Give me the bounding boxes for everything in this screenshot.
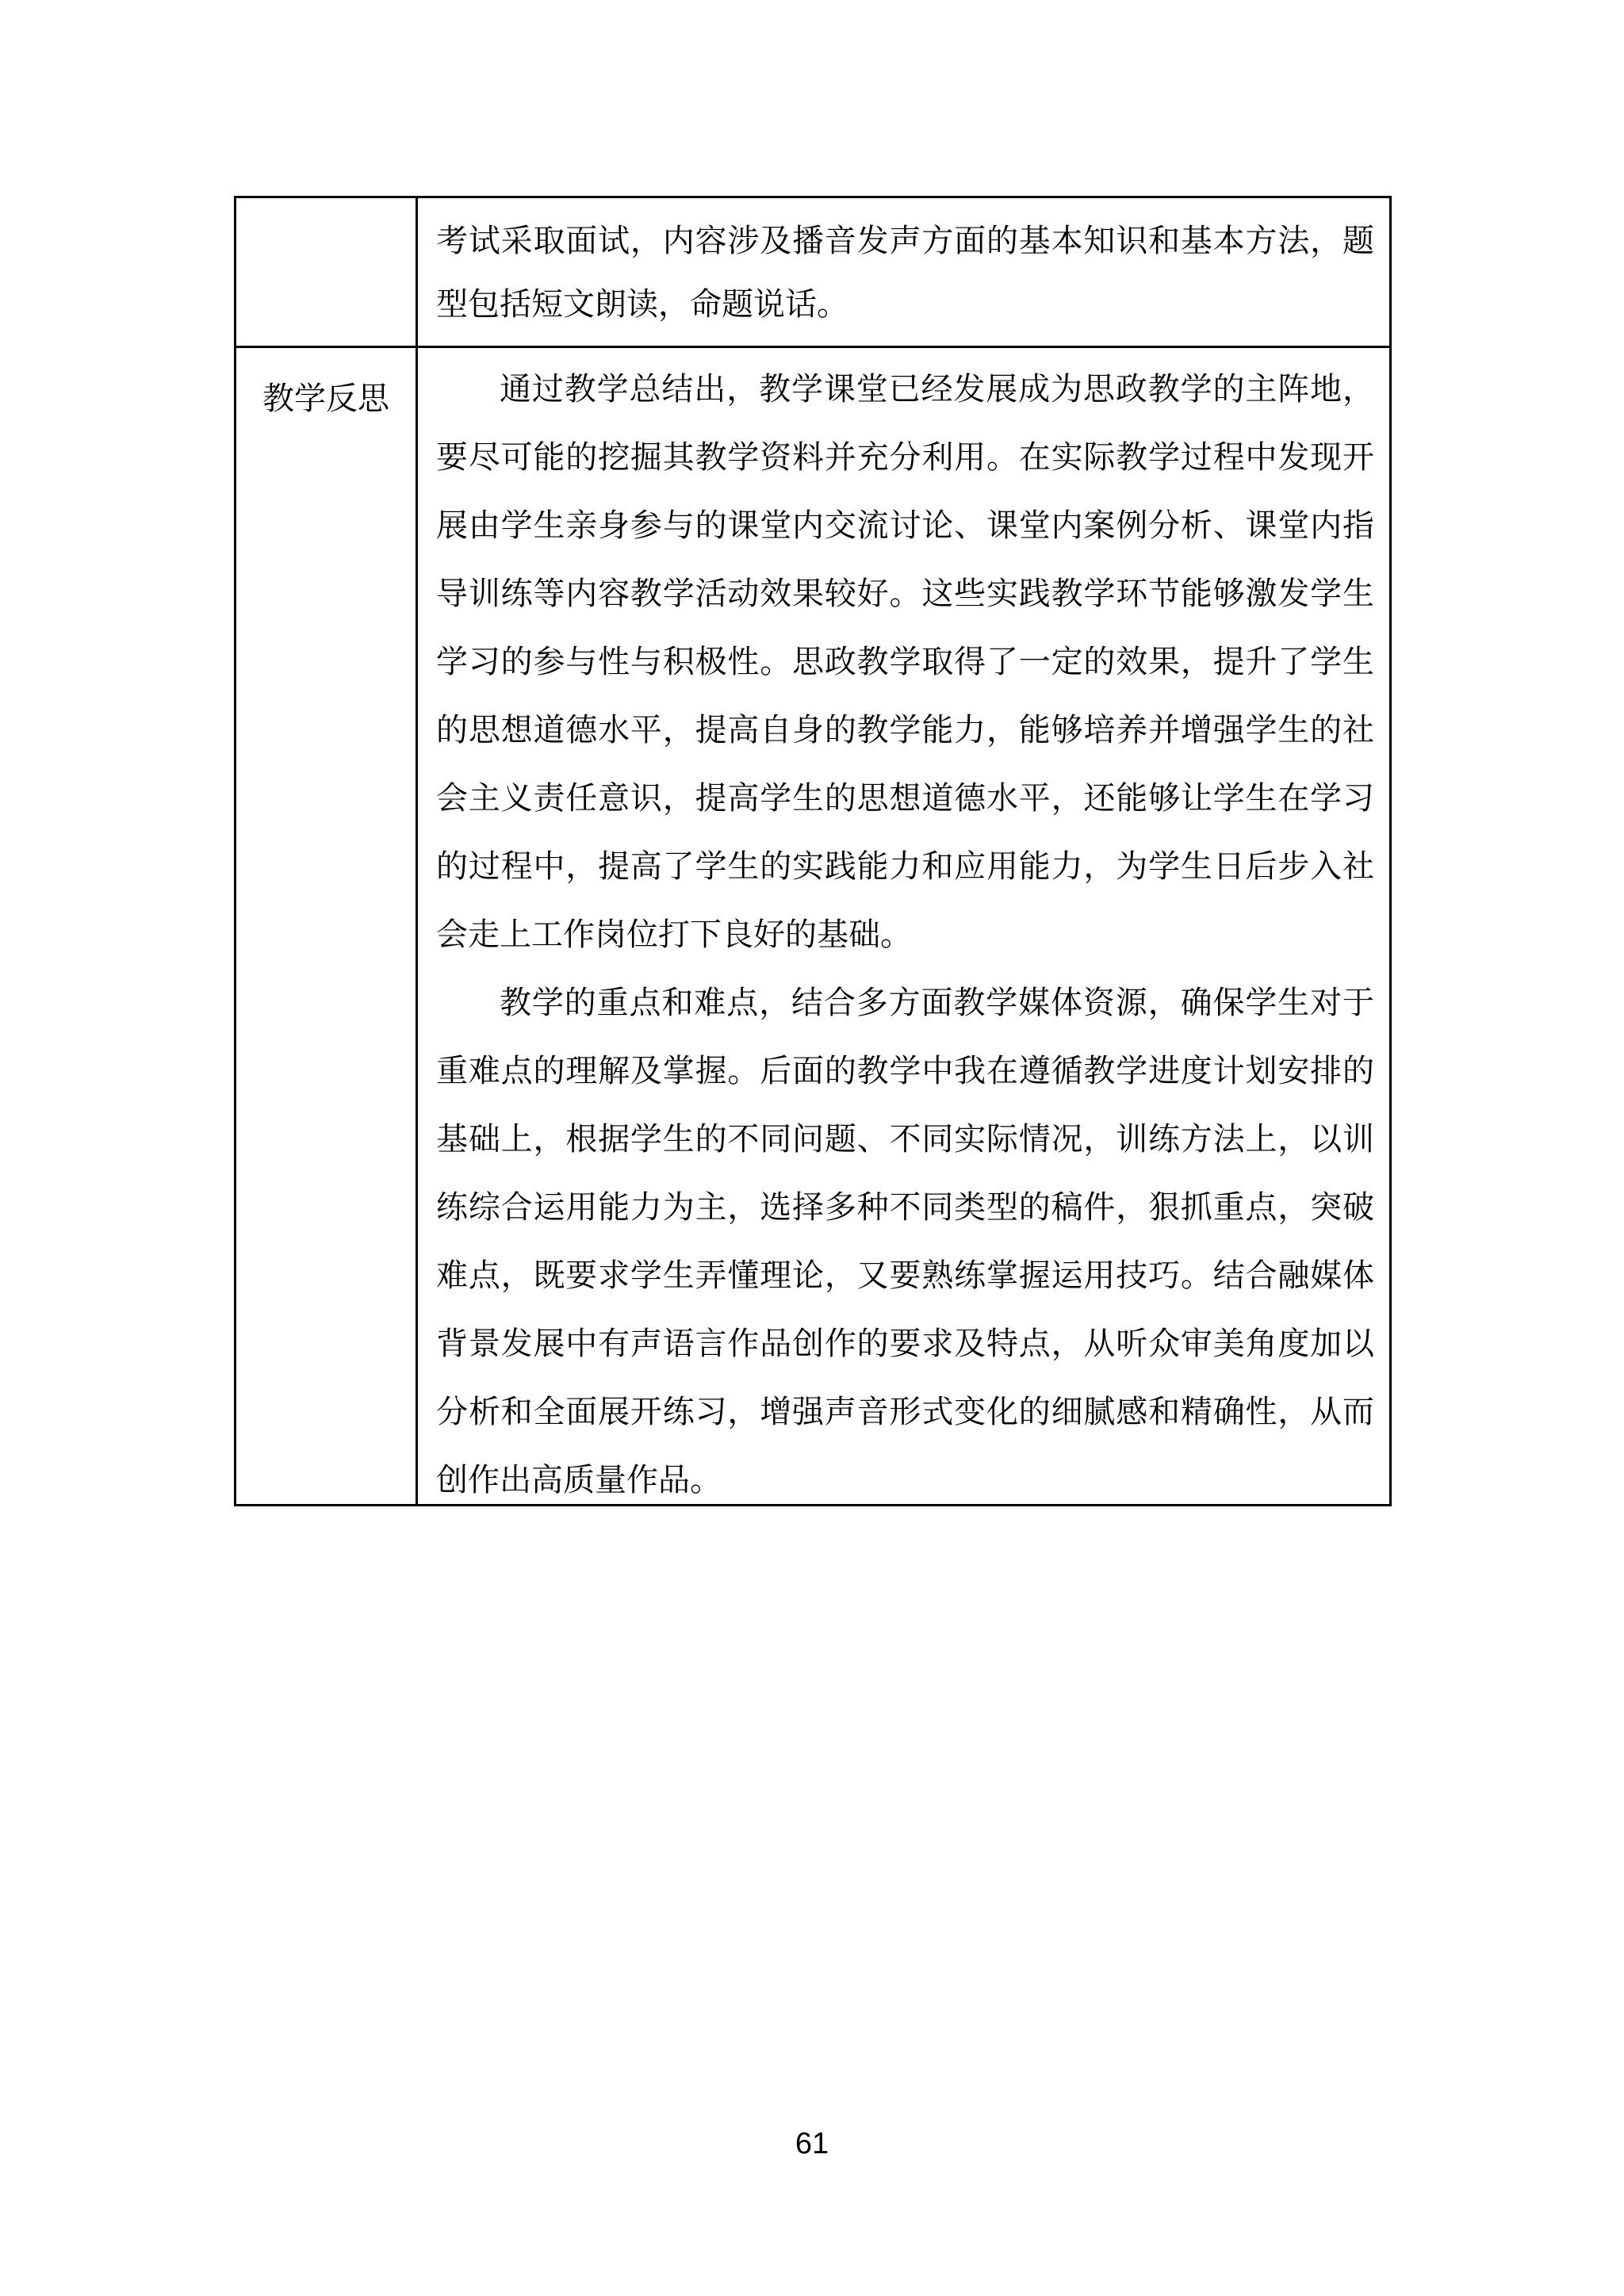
text-line: 展由学生亲身参与的课堂内交流讨论、课堂内案例分析、课堂内指 bbox=[436, 492, 1374, 560]
text-line: 型包括短文朗读，命题说话。 bbox=[436, 273, 1374, 336]
text-line: 教学的重点和难点，结合多方面教学媒体资源，确保学生对于 bbox=[436, 969, 1374, 1037]
text-line: 要尽可能的挖掘其教学资料并充分利用。在实际教学过程中发现开 bbox=[436, 423, 1374, 492]
text-line: 学习的参与性与积极性。思政教学取得了一定的效果，提升了学生 bbox=[436, 628, 1374, 696]
text-line: 创作出高质量作品。 bbox=[436, 1446, 1374, 1506]
text-line: 导训练等内容教学活动效果较好。这些实践教学环节能够激发学生 bbox=[436, 560, 1374, 628]
row-body-cell: 通过教学总结出，教学课堂已经发展成为思政教学的主阵地，要尽可能的挖掘其教学资料并… bbox=[418, 348, 1389, 1506]
row-body-cell: 考试采取面试，内容涉及播音发声方面的基本知识和基本方法，题型包括短文朗读，命题说… bbox=[418, 198, 1389, 346]
text-line: 重难点的理解及掌握。后面的教学中我在遵循教学进度计划安排的 bbox=[436, 1037, 1374, 1105]
document-page: 考试采取面试，内容涉及播音发声方面的基本知识和基本方法，题型包括短文朗读，命题说… bbox=[0, 0, 1624, 2296]
text-line: 的过程中，提高了学生的实践能力和应用能力，为学生日后步入社 bbox=[436, 832, 1374, 901]
text-line: 的思想道德水平，提高自身的教学能力，能够培养并增强学生的社 bbox=[436, 696, 1374, 764]
row-label-cell bbox=[236, 198, 418, 346]
table-row: 考试采取面试，内容涉及播音发声方面的基本知识和基本方法，题型包括短文朗读，命题说… bbox=[236, 198, 1389, 348]
row-label-cell: 教学反思 bbox=[236, 348, 418, 1506]
text-line: 背景发展中有声语言作品创作的要求及特点，从听众审美角度加以 bbox=[436, 1310, 1374, 1378]
text-line: 练综合运用能力为主，选择多种不同类型的稿件，狠抓重点，突破 bbox=[436, 1173, 1374, 1242]
text-line: 分析和全面展开练习，增强声音形式变化的细腻感和精确性，从而 bbox=[436, 1378, 1374, 1446]
text-line: 难点，既要求学生弄懂理论，又要熟练掌握运用技巧。结合融媒体 bbox=[436, 1242, 1374, 1310]
text-line: 会主义责任意识，提高学生的思想道德水平，还能够让学生在学习 bbox=[436, 764, 1374, 832]
text-line: 考试采取面试，内容涉及播音发声方面的基本知识和基本方法，题 bbox=[436, 209, 1374, 273]
text-line: 基础上，根据学生的不同问题、不同实际情况，训练方法上，以训 bbox=[436, 1105, 1374, 1173]
table-row: 教学反思 通过教学总结出，教学课堂已经发展成为思政教学的主阵地，要尽可能的挖掘其… bbox=[236, 348, 1389, 1506]
text-line: 通过教学总结出，教学课堂已经发展成为思政教学的主阵地， bbox=[436, 355, 1374, 423]
lesson-plan-table: 考试采取面试，内容涉及播音发声方面的基本知识和基本方法，题型包括短文朗读，命题说… bbox=[234, 196, 1392, 1506]
page-number: 61 bbox=[0, 2128, 1624, 2160]
text-line: 会走上工作岗位打下良好的基础。 bbox=[436, 901, 1374, 969]
